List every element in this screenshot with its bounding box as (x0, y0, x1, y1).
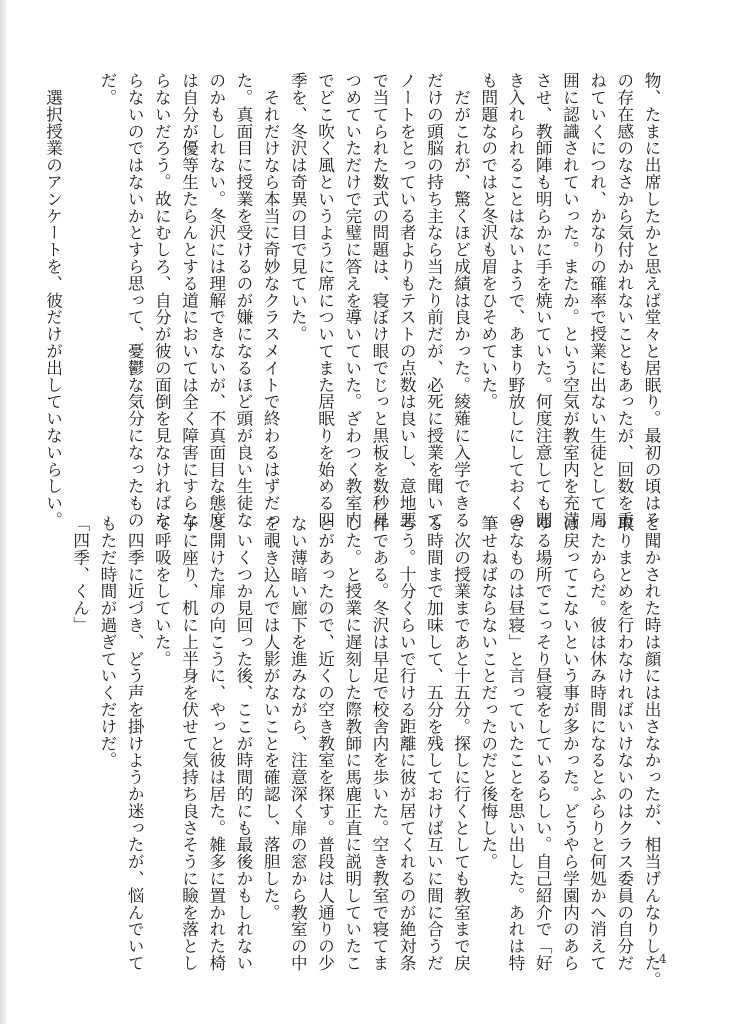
text-line: は戻ってこないという事が多かった。どうやら学園内のあら (556, 515, 583, 915)
text-line: る時間まで加味して、五分を残しておけば互いに間に合うだ (420, 515, 447, 915)
text-line: 次の授業まであと十五分。探しに行くとしても教室まで戻 (447, 515, 474, 915)
text-line: 季を、冬沢は奇異の目で見ていた。 (284, 72, 311, 472)
text-line: でどこ吹く風というように席についてまた居眠りを始める四 (311, 72, 338, 472)
page-number: 4 (659, 952, 667, 966)
text-line: ない薄暗い廊下を進みながら、注意深く扉の窓から教室の中 (284, 515, 311, 915)
text-line: だがこれが、驚くほど成績は良かった。綾薙に入学できる (447, 72, 474, 472)
text-line: のかもしれない。冬沢には理解できないが、不真面目な態度 (203, 72, 230, 472)
text-line: で当てられた数式の問題は、寝ぼけ眼でじっと黒板を数秒見 (366, 72, 393, 472)
text-line: 筆せねばならないことだったのだと後悔した。 (475, 515, 502, 915)
text-line: ノートをとっている者よりもテストの点数は良いし、意地悪 (393, 72, 420, 472)
page-edge-shadow (0, 0, 7, 1024)
text-line: 「四季、くん」 (67, 515, 94, 915)
text-line: らないだろう。故にむしろ、自分が彼の面倒を見なければな (148, 72, 175, 472)
text-line: ろう。十分くらいで行ける距離に彼が居てくれるのが絶対条 (393, 515, 420, 915)
text-line: らないのではないかとすら思って、憂鬱な気分になったもの (121, 72, 148, 472)
text-line: 物、たまに出席したかと思えば堂々と居眠り。最初の頃はそ (638, 72, 665, 472)
text-line: き入れられることはないようで、あまり野放しにしておくの (502, 72, 529, 472)
text-line: ゆる場所でこっそり昼寝をしているらしい。自己紹介で「好 (529, 515, 556, 915)
text-line: 選択授業のアンケートを、彼だけが出していないらしい。 (39, 72, 66, 472)
text-line: それだけなら本当に奇妙なクラスメイトで終わるはずだっ (257, 72, 284, 472)
document-page: 物、たまに出席したかと思えば堂々と居眠り。最初の頃はその存在感のなさから気付かれ… (7, 0, 751, 1024)
text-line: 子に座り、机に上半身を伏せて気持ち良さそうに瞼を落とし (175, 515, 202, 915)
text-line: は自分が優等生たらんとする道においては全く障害にすらな (175, 72, 202, 472)
text-line: だ。 (94, 72, 121, 472)
text-block-top: 物、たまに出席したかと思えば堂々と居眠り。最初の頃はその存在感のなさから気付かれ… (39, 72, 665, 472)
text-line: ったからだ。彼は休み時間になるとふらりと何処かへ消えて (583, 515, 610, 915)
text-line: きなものは昼寝」と言っていたことを思い出した。あれは特 (502, 515, 529, 915)
text-line: て呼吸をしていた。 (148, 515, 175, 915)
text-block-bottom: と聞かされた時は顔には出さなかったが、相当げんなりした。取りまとめを行わなければ… (67, 515, 665, 915)
text-line: だけの頭脳の持ち主なら当たり前だが、必死に授業を聞いて (420, 72, 447, 472)
text-line: 四季に近づき、どう声を掛けようか迷ったが、悩んでいて (121, 515, 148, 915)
text-line: ねていくにつれ、かなりの確率で授業に出ない生徒として周 (583, 72, 610, 472)
text-line: 囲に認識されていった。またか。という空気が教室内を充満 (556, 72, 583, 472)
text-line: も問題なのではと冬沢も眉をひそめていた。 (475, 72, 502, 472)
text-line: とがあったので、近くの空き教室を探す。普段は人通りの少 (311, 515, 338, 915)
text-line: させ、教師陣も明らかに手を焼いていた。何度注意しても聞 (529, 72, 556, 472)
text-line: つめていただけで完璧に答えを導いていた。ざわつく教室内 (339, 72, 366, 472)
text-line: した。と授業に遅刻した際教師に馬鹿正直に説明していたこ (339, 515, 366, 915)
text-line: いくつか見回った後、ここが時間的にも最後かもしれない (230, 515, 257, 915)
text-line: と聞かされた時は顔には出さなかったが、相当げんなりした。 (638, 515, 665, 915)
text-line: の存在感のなさから気付かれないこともあったが、回数を重 (611, 72, 638, 472)
text-line: た。真面目に授業を受けるのが嫌になるほど頭が良い生徒な (230, 72, 257, 472)
text-line: もただ時間が過ぎていくだけだ。 (94, 515, 121, 915)
text-line: と開けた扉の向こうに、やっと彼は居た。雑多に置かれた椅 (203, 515, 230, 915)
text-line: を覗き込んでは人影がないことを確認し、落胆した。 (257, 515, 284, 915)
text-line: 件である。冬沢は早足で校舎内を歩いた。空き教室で寝てま (366, 515, 393, 915)
text-line: 取りまとめを行わなければいけないのはクラス委員の自分だ (611, 515, 638, 915)
